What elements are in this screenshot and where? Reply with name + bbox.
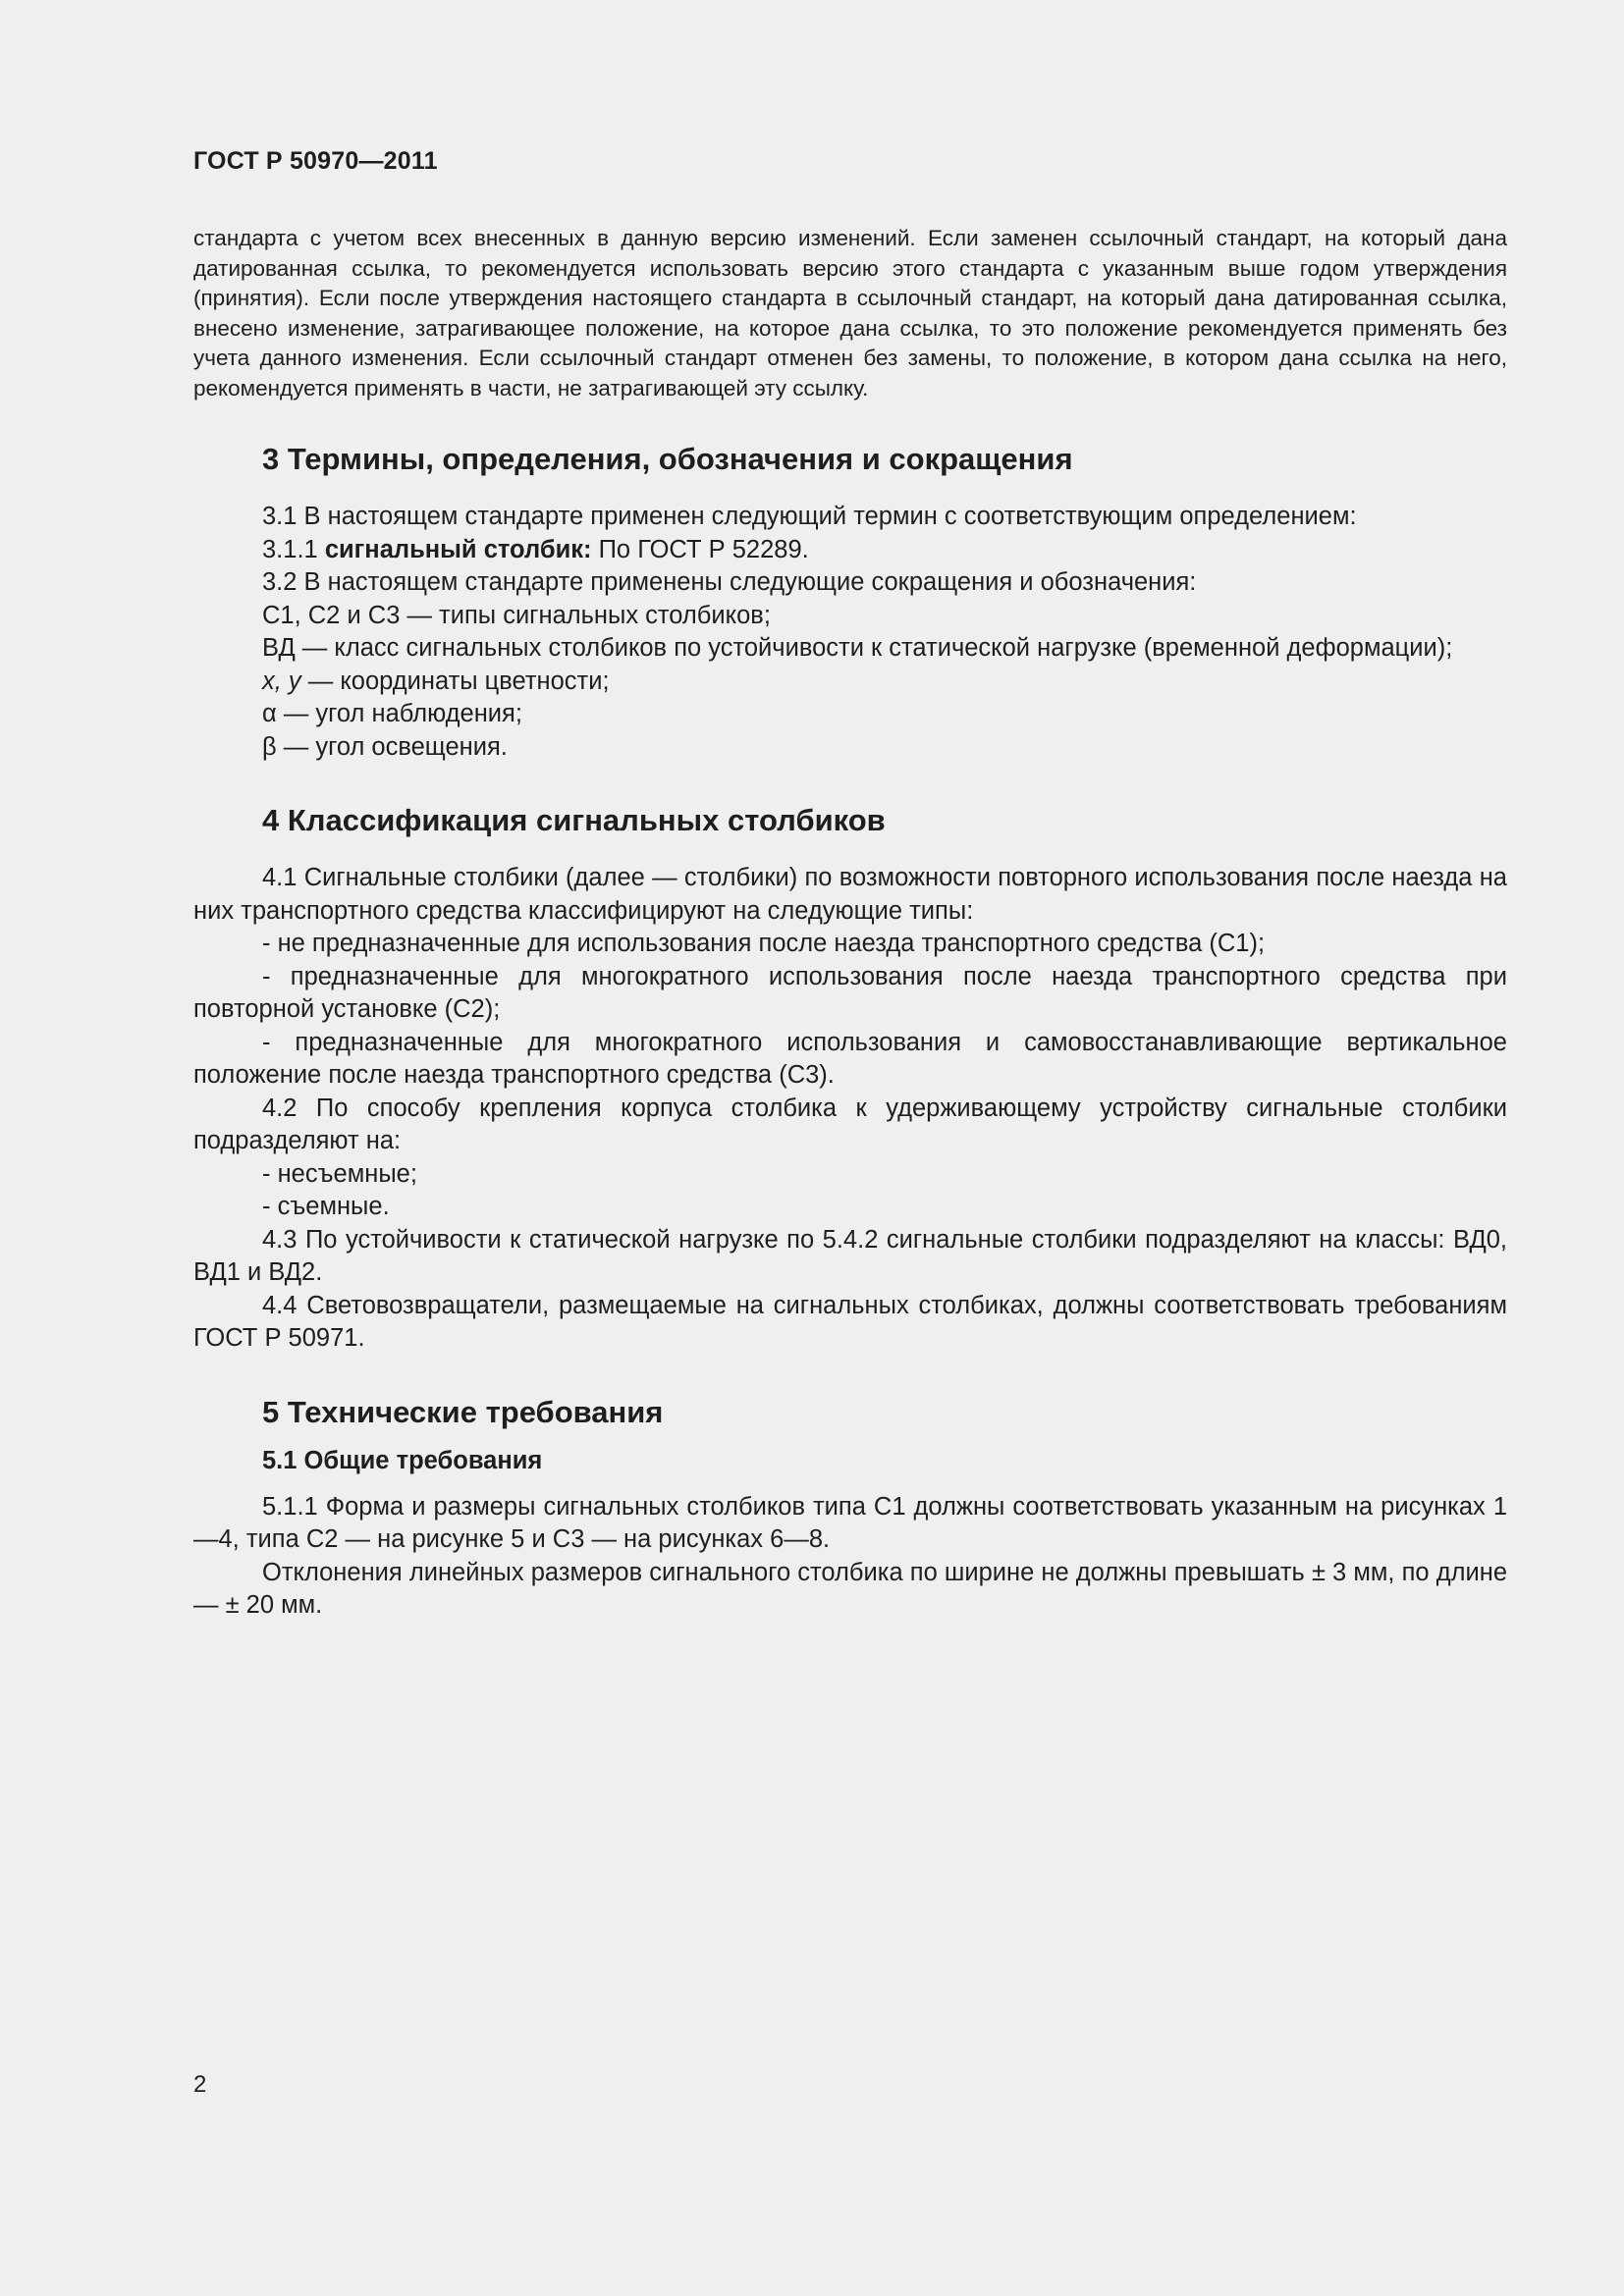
term-definition: По ГОСТ Р 52289.: [592, 536, 809, 563]
intro-paragraph: стандарта с учетом всех внесенных в данн…: [193, 224, 1507, 403]
section-5: 5 Технические требования 5.1 Общие требо…: [193, 1393, 1507, 1623]
section-5-title: 5 Технические требования: [262, 1393, 1507, 1432]
section-3-title: 3 Термины, определения, обозначения и со…: [262, 440, 1507, 479]
abbreviation-vd: ВД — класс сигнальных столбиков по устой…: [193, 632, 1507, 666]
list-item-removable: - съемные.: [193, 1191, 1507, 1224]
list-item-fixed: - несъемные;: [193, 1158, 1507, 1192]
paragraph-3-1: 3.1 В настоящем стандарте применен следу…: [193, 501, 1507, 534]
paragraph-3-1-1: 3.1.1 сигнальный столбик: По ГОСТ Р 5228…: [193, 534, 1507, 567]
section-4: 4 Классификация сигнальных столбиков 4.1…: [193, 801, 1507, 1356]
abbreviation-alpha: α — угол наблюдения;: [193, 698, 1507, 731]
abbreviation-beta: β — угол освещения.: [193, 731, 1507, 765]
list-item-c2: - предназначенные для многократного испо…: [193, 961, 1507, 1027]
document-id-header: ГОСТ Р 50970—2011: [193, 147, 438, 176]
paragraph-5-1-1: 5.1.1 Форма и размеры сигнальных столбик…: [193, 1491, 1507, 1557]
paragraph-4-4: 4.4 Световозвращатели, размещаемые на си…: [193, 1290, 1507, 1356]
intro-paragraph-block: стандарта с учетом всех внесенных в данн…: [193, 224, 1507, 403]
abbreviation-c-types: С1, С2 и С3 — типы сигнальных столбиков;: [193, 600, 1507, 633]
section-3: 3 Термины, определения, обозначения и со…: [193, 440, 1507, 764]
page-number: 2: [193, 2071, 206, 2099]
paragraph-4-3: 4.3 По устойчивости к статической нагруз…: [193, 1224, 1507, 1290]
abbreviation-xy: x, y — координаты цветности;: [193, 666, 1507, 699]
paragraph-3-2: 3.2 В настоящем стандарте применены след…: [193, 566, 1507, 600]
paragraph-tolerances: Отклонения линейных размеров сигнального…: [193, 1557, 1507, 1623]
paragraph-4-1: 4.1 Сигнальные столбики (далее — столбик…: [193, 862, 1507, 928]
section-4-title: 4 Классификация сигнальных столбиков: [262, 801, 1507, 840]
term-signal-post: сигнальный столбик:: [325, 536, 592, 563]
symbol-xy-definition: — координаты цветности;: [301, 667, 610, 695]
paragraph-4-2: 4.2 По способу крепления корпуса столбик…: [193, 1093, 1507, 1158]
list-item-c1: - не предназначенные для использования п…: [193, 928, 1507, 961]
symbol-xy: x, y: [262, 667, 301, 695]
list-item-c3: - предназначенные для многократного испо…: [193, 1027, 1507, 1093]
document-body: 3 Термины, определения, обозначения и со…: [193, 440, 1507, 1623]
clause-number: 3.1.1: [262, 536, 325, 563]
subsection-5-1-title: 5.1 Общие требования: [262, 1444, 1507, 1477]
